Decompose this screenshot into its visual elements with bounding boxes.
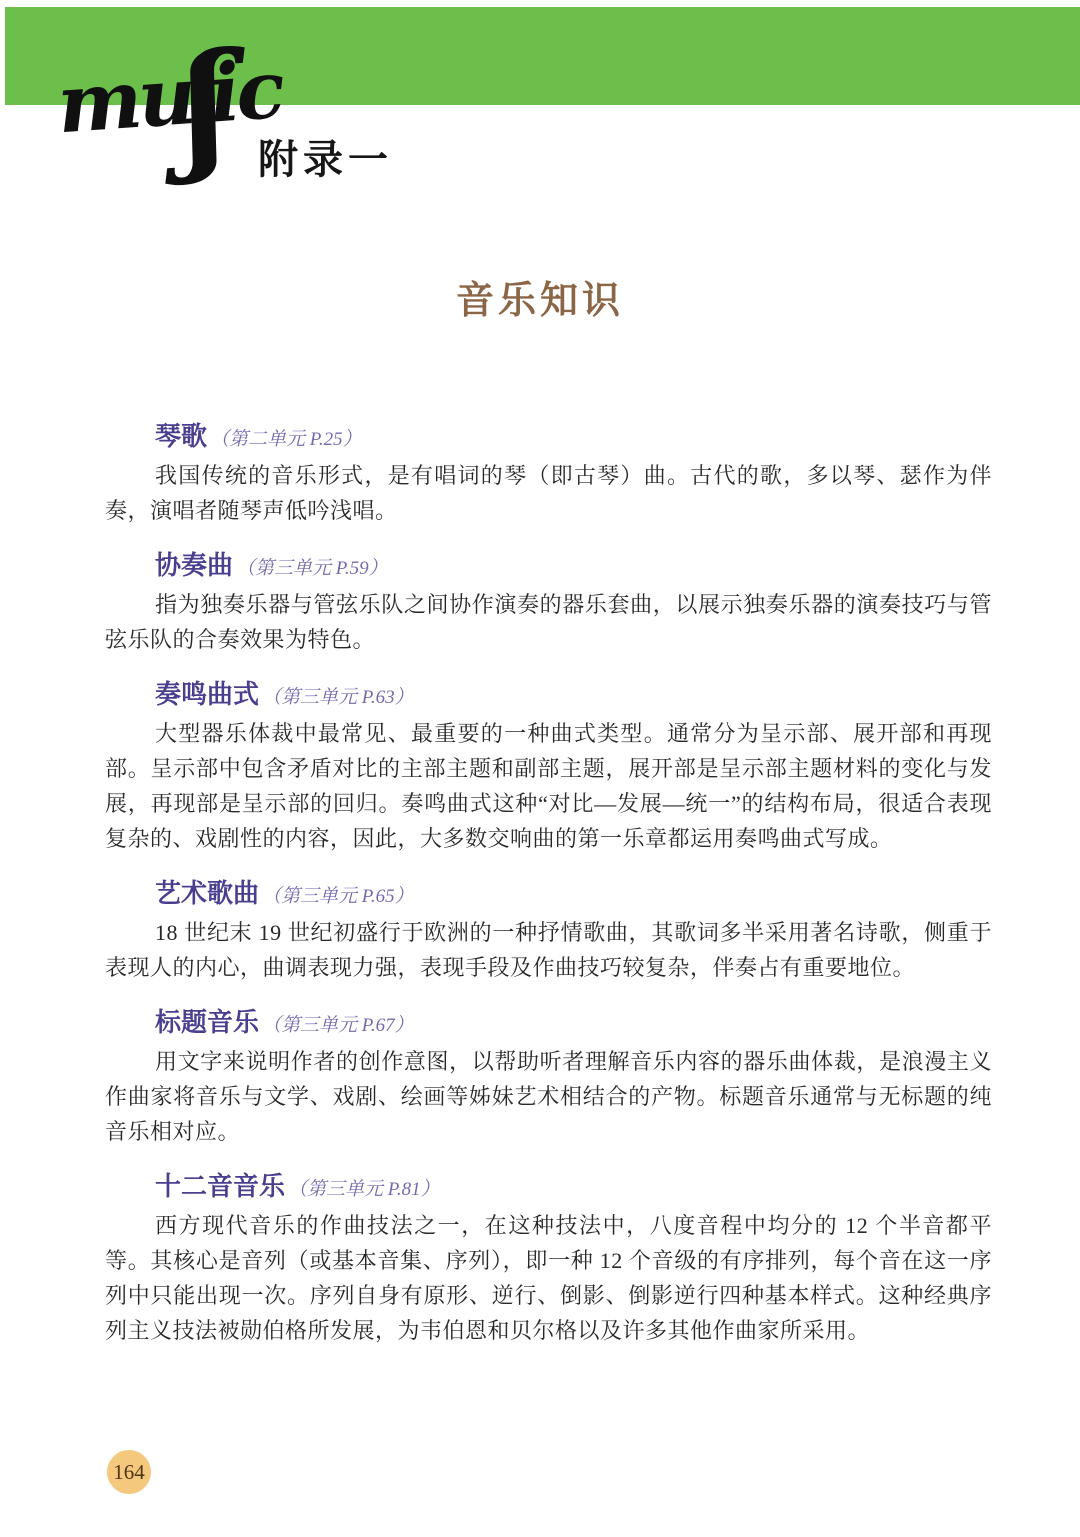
section-body: 指为独奏乐器与管弦乐队之间协作演奏的器乐套曲，以展示独奏乐器的演奏技巧与管弦乐队… — [105, 587, 992, 657]
unit-page-reference: （第三单元 P.81） — [288, 1179, 440, 1200]
section-xiezouqu: 协奏曲（第三单元 P.59） 指为独奏乐器与管弦乐队之间协作演奏的器乐套曲，以展… — [105, 548, 992, 657]
section-biaotiyinyue: 标题音乐（第三单元 P.67） 用文字来说明作者的创作意图，以帮助听者理解音乐内… — [105, 1005, 992, 1149]
glossary-content: 琴歌（第二单元 P.25） 我国传统的音乐形式，是有唱词的琴（即古琴）曲。古代的… — [105, 419, 992, 1348]
term-label: 琴歌 — [155, 422, 207, 451]
unit-page-reference: （第三单元 P.65） — [262, 886, 414, 907]
appendix-label: 附录一 — [258, 128, 393, 185]
page-number: 164 — [113, 1460, 145, 1485]
unit-page-reference: （第三单元 P.63） — [262, 687, 414, 708]
page-title: 音乐知识 — [0, 269, 1080, 324]
section-body: 用文字来说明作者的创作意图，以帮助听者理解音乐内容的器乐曲体裁，是浪漫主义作曲家… — [105, 1044, 992, 1149]
music-logo: muʃic — [53, 30, 286, 183]
unit-page-reference: （第二单元 P.25） — [210, 429, 362, 450]
term-label: 十二音音乐 — [155, 1172, 285, 1201]
section-body: 大型器乐体裁中最常见、最重要的一种曲式类型。通常分为呈示部、展开部和再现部。呈示… — [105, 716, 992, 856]
music-logo-text: mu — [54, 48, 195, 151]
section-heading: 十二音音乐（第三单元 P.81） — [105, 1169, 992, 1208]
term-label: 奏鸣曲式 — [155, 680, 259, 709]
unit-page-reference: （第三单元 P.67） — [262, 1015, 414, 1036]
section-heading: 艺术歌曲（第三单元 P.65） — [105, 876, 992, 915]
section-zoumingqushi: 奏鸣曲式（第三单元 P.63） 大型器乐体裁中最常见、最重要的一种曲式类型。通常… — [105, 677, 992, 856]
section-body: 18 世纪末 19 世纪初盛行于欧洲的一种抒情歌曲，其歌词多半采用著名诗歌，侧重… — [105, 915, 992, 985]
term-label: 艺术歌曲 — [155, 879, 259, 908]
section-body: 我国传统的音乐形式，是有唱词的琴（即古琴）曲。古代的歌，多以琴、瑟作为伴奏，演唱… — [105, 458, 992, 528]
section-yishugequ: 艺术歌曲（第三单元 P.65） 18 世纪末 19 世纪初盛行于欧洲的一种抒情歌… — [105, 876, 992, 985]
section-shieryinyinyue: 十二音音乐（第三单元 P.81） 西方现代音乐的作曲技法之一，在这种技法中，八度… — [105, 1169, 992, 1348]
term-label: 协奏曲 — [155, 551, 233, 580]
section-heading: 标题音乐（第三单元 P.67） — [105, 1005, 992, 1044]
section-body: 西方现代音乐的作曲技法之一，在这种技法中，八度音程中均分的 12 个半音都平等。… — [105, 1208, 992, 1348]
section-heading: 奏鸣曲式（第三单元 P.63） — [105, 677, 992, 716]
unit-page-reference: （第三单元 P.59） — [236, 558, 388, 579]
section-qinge: 琴歌（第二单元 P.25） 我国传统的音乐形式，是有唱词的琴（即古琴）曲。古代的… — [105, 419, 992, 528]
section-heading: 协奏曲（第三单元 P.59） — [105, 548, 992, 587]
term-label: 标题音乐 — [155, 1008, 259, 1037]
section-heading: 琴歌（第二单元 P.25） — [105, 419, 992, 458]
page-number-badge: 164 — [107, 1450, 151, 1494]
music-logo-text-end: ic — [206, 42, 283, 141]
